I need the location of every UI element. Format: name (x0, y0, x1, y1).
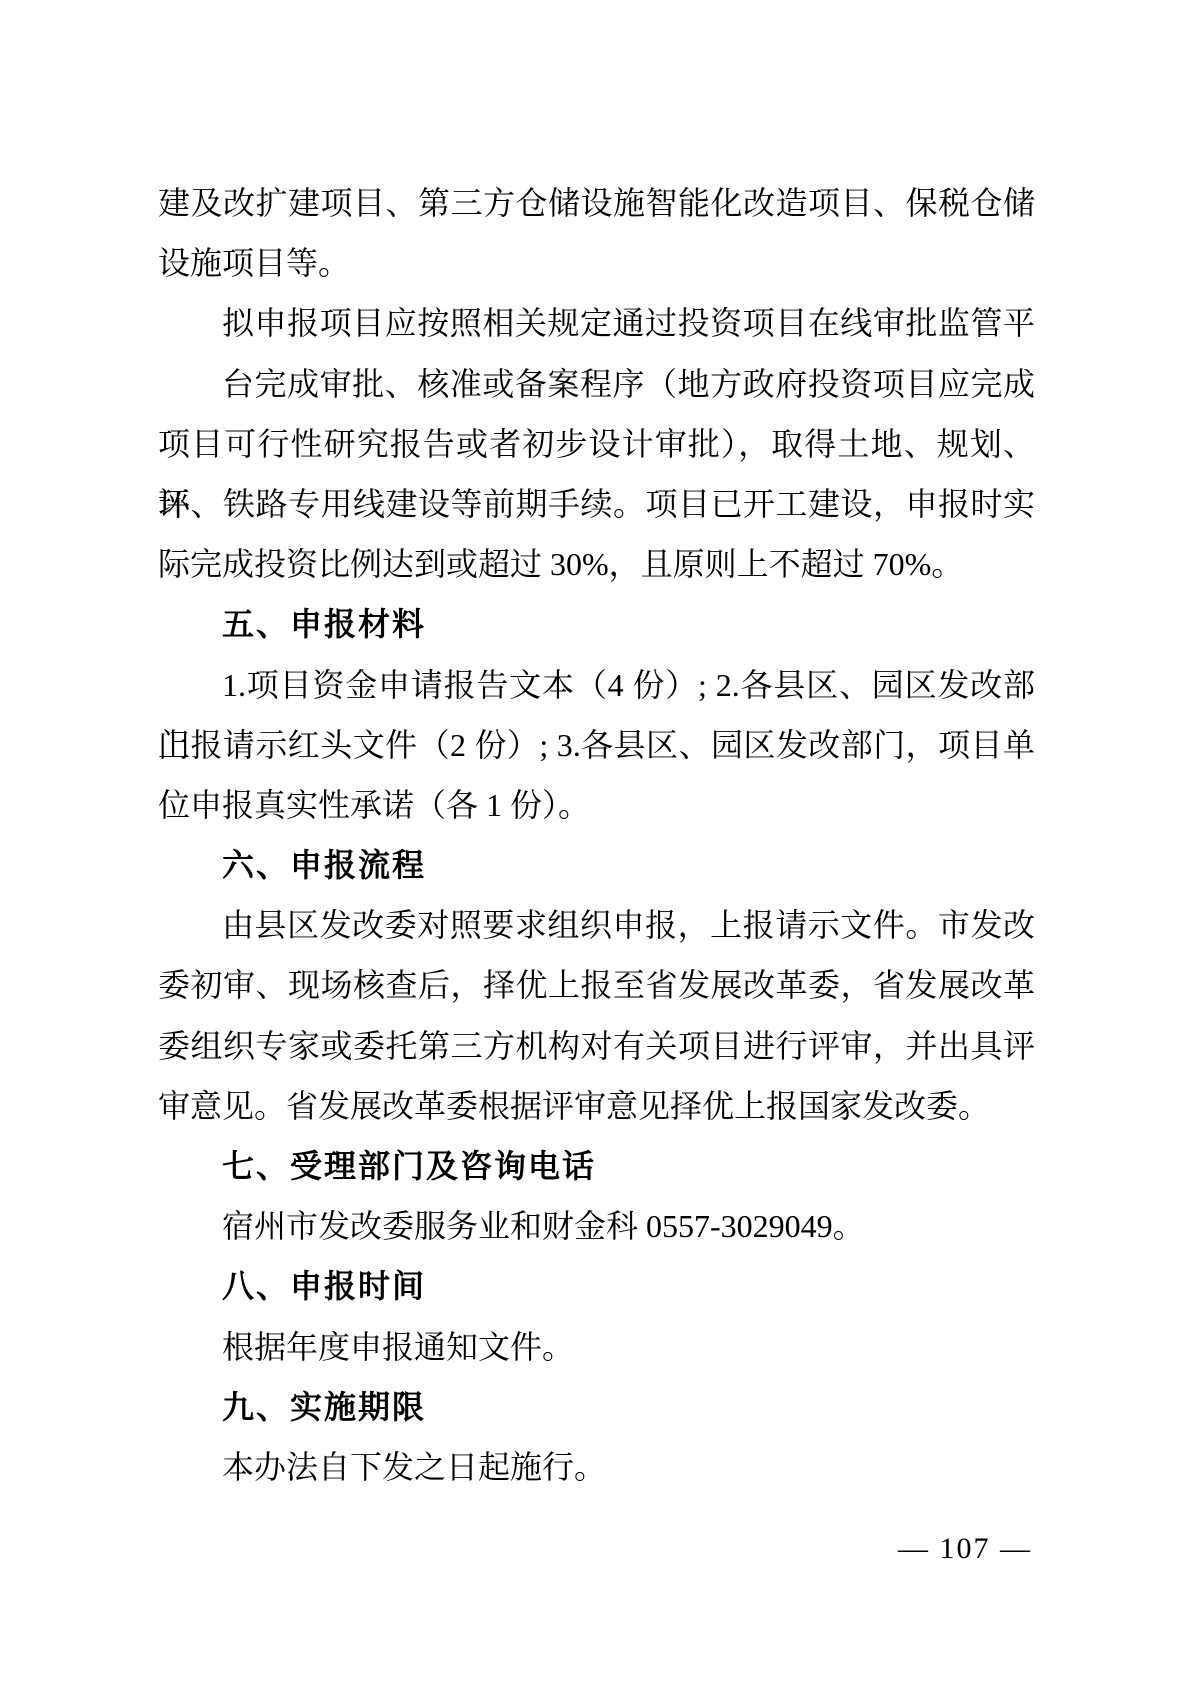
body-line: 评、铁路专用线建设等前期手续。项目已开工建设，申报时实 (158, 474, 1035, 534)
body-line: 1.项目资金申请报告文本（4 份）; 2.各县区、园区发改部门 (158, 655, 1035, 715)
body-line: 上报请示红头文件（2 份）; 3.各县区、园区发改部门，项目单 (158, 715, 1035, 775)
page-number: — 107 — (898, 1529, 1032, 1569)
body-line: 宿州市发改委服务业和财金科 0557-3029049。 (158, 1196, 1035, 1256)
body-line: 由县区发改委对照要求组织申报，上报请示文件。市发改 (158, 895, 1035, 955)
document-body: 建及改扩建项目、第三方仓储设施智能化改造项目、保税仓储 设施项目等。 拟申报项目… (158, 173, 1035, 1497)
body-line: 位申报真实性承诺（各 1 份）。 (158, 775, 1035, 835)
section-heading-8: 八、申报时间 (158, 1256, 1035, 1316)
body-line: 审意见。省发展改革委根据评审意见择优上报国家发改委。 (158, 1076, 1035, 1136)
section-heading-6: 六、申报流程 (158, 835, 1035, 895)
section-heading-5: 五、申报材料 (158, 594, 1035, 654)
section-heading-9: 九、实施期限 (158, 1377, 1035, 1437)
body-line: 委组织专家或委托第三方机构对有关项目进行评审，并出具评 (158, 1016, 1035, 1076)
body-line: 根据年度申报通知文件。 (158, 1317, 1035, 1377)
body-line: 项目可行性研究报告或者初步设计审批），取得土地、规划、环 (158, 414, 1035, 474)
body-line: 委初审、现场核查后，择优上报至省发展改革委，省发展改革 (158, 955, 1035, 1015)
section-heading-7: 七、受理部门及咨询电话 (158, 1136, 1035, 1196)
document-page: 建及改扩建项目、第三方仓储设施智能化改造项目、保税仓储 设施项目等。 拟申报项目… (0, 0, 1190, 1683)
body-line: 台完成审批、核准或备案程序（地方政府投资项目应完成 (158, 354, 1035, 414)
body-line: 本办法自下发之日起施行。 (158, 1437, 1035, 1497)
body-line: 拟申报项目应按照相关规定通过投资项目在线审批监管平 (158, 293, 1035, 353)
body-line: 设施项目等。 (158, 233, 1035, 293)
body-line: 建及改扩建项目、第三方仓储设施智能化改造项目、保税仓储 (158, 173, 1035, 233)
body-line: 际完成投资比例达到或超过 30%，且原则上不超过 70%。 (158, 534, 1035, 594)
